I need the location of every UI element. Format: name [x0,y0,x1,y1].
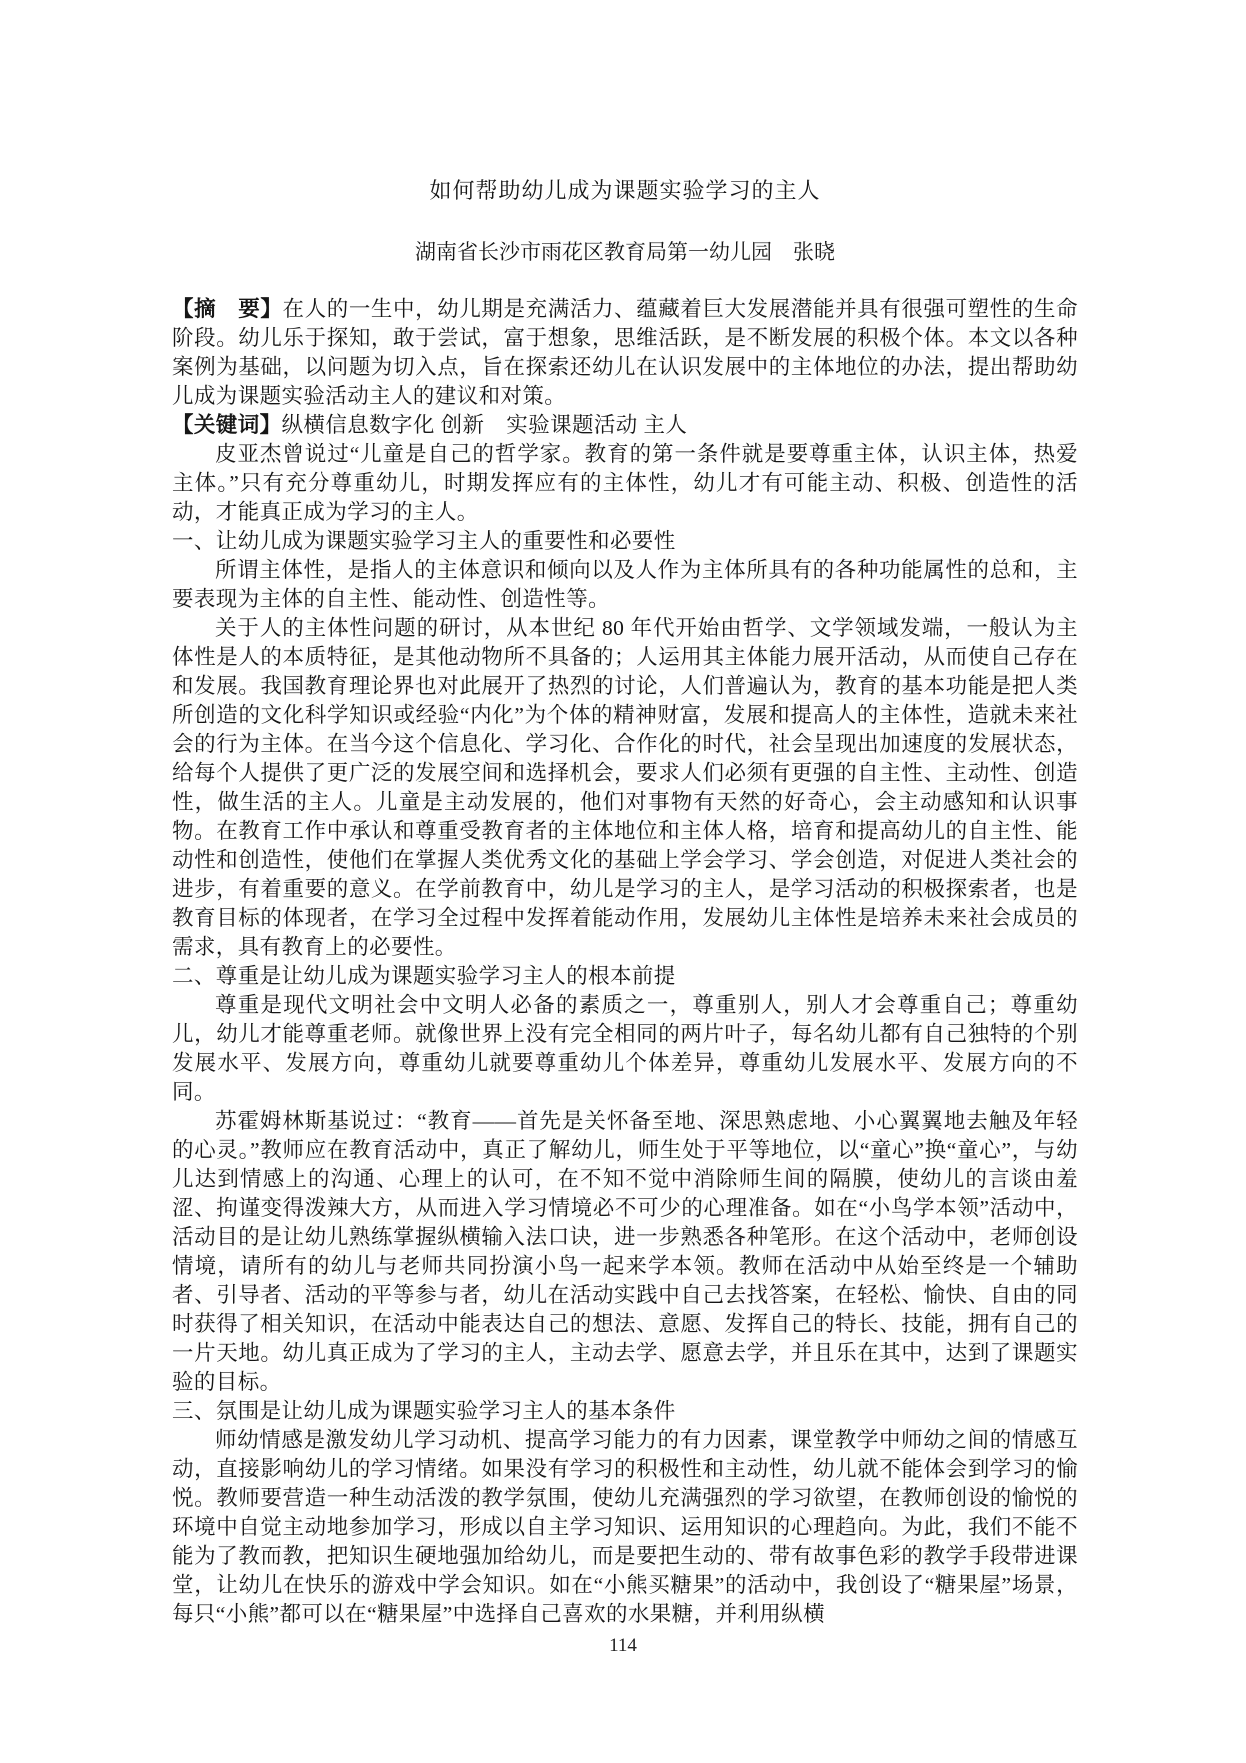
keywords-paragraph: 【关键词】纵横信息数字化 创新 实验课题活动 主人 [172,411,1078,440]
section-heading-2: 二、尊重是让幼儿成为课题实验学习主人的根本前提 [172,962,1078,991]
author-affiliation-line: 湖南省长沙市雨花区教育局第一幼儿园 张晓 [172,238,1078,267]
abstract-paragraph: 【摘 要】在人的一生中，幼儿期是充满活力、蕴藏着巨大发展潜能并具有很强可塑性的生… [172,295,1078,411]
section1-paragraph-1: 所谓主体性，是指人的主体意识和倾向以及人作为主体所具有的各种功能属性的总和，主要… [172,556,1078,614]
keywords-text: 纵横信息数字化 创新 实验课题活动 主人 [282,413,688,437]
keywords-label: 【关键词】 [172,413,282,437]
paper-page: 如何帮助幼儿成为课题实验学习的主人 湖南省长沙市雨花区教育局第一幼儿园 张晓 【… [172,176,1078,1629]
paper-title: 如何帮助幼儿成为课题实验学习的主人 [172,176,1078,205]
section2-paragraph-2: 苏霍姆林斯基说过：“教育——首先是关怀备至地、深思熟虑地、小心翼翼地去触及年轻的… [172,1107,1078,1397]
abstract-label: 【摘 要】 [172,297,283,321]
intro-paragraph: 皮亚杰曾说过“儿童是自己的哲学家。教育的第一条件就是要尊重主体，认识主体，热爱主… [172,440,1078,527]
section3-paragraph-1: 师幼情感是激发幼儿学习动机、提高学习能力的有力因素，课堂教学中师幼之间的情感互动… [172,1426,1078,1629]
section2-paragraph-1: 尊重是现代文明社会中文明人必备的素质之一，尊重别人，别人才会尊重自己；尊重幼儿，… [172,991,1078,1107]
section-heading-3: 三、氛围是让幼儿成为课题实验学习主人的基本条件 [172,1397,1078,1426]
page-number: 114 [0,1634,1246,1658]
abstract-text: 在人的一生中，幼儿期是充满活力、蕴藏着巨大发展潜能并具有很强可塑性的生命阶段。幼… [172,297,1078,408]
section1-paragraph-2: 关于人的主体性问题的研讨，从本世纪 80 年代开始由哲学、文学领域发端，一般认为… [172,614,1078,962]
section-heading-1: 一、让幼儿成为课题实验学习主人的重要性和必要性 [172,527,1078,556]
